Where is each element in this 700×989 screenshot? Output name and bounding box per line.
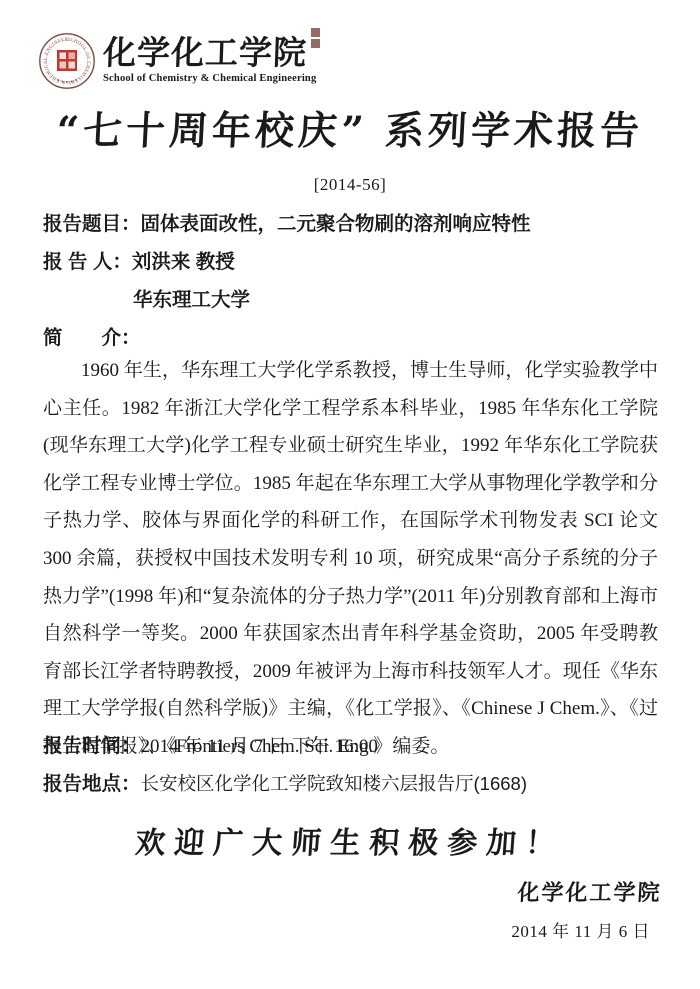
welcome-message: 欢迎广大师生积极参加！ xyxy=(0,818,700,862)
org-name-english: School of Chemistry & Chemical Engineeri… xyxy=(103,73,320,84)
mini-seal-mark xyxy=(311,28,320,48)
announcement-page: SCHOOL OF CHEMISTRY & CHEMICAL ENGINEERI… xyxy=(0,0,700,989)
report-location-value: 长安校区化学化工学院致知楼六层报告厅(1668) xyxy=(141,773,527,794)
report-topic-label: 报告题目： xyxy=(43,210,141,238)
report-location-line: 报告地点：长安校区化学化工学院致知楼六层报告厅(1668) xyxy=(43,765,658,803)
signature-date: 2014 年 11 月 6 日 xyxy=(511,917,662,942)
report-location-label: 报告地点： xyxy=(43,773,141,795)
signature-org: 化学化工学院 xyxy=(511,876,663,907)
report-meta: 报告时间：2014 年 11 月 7 日 下午 16:00 报告地点：长安校区化… xyxy=(43,728,658,803)
intro-label: 简 介： xyxy=(43,324,658,352)
report-fields: 报告题目：固体表面改性，二元聚合物刷的溶剂响应特性 报 告 人：刘洪来 教授 华… xyxy=(43,210,658,352)
speaker-biography: 1960 年生，华东理工大学化学系教授，博士生导师，化学实验教学中心主任。198… xyxy=(43,352,658,766)
org-name-chinese: 化学化工学院 xyxy=(102,34,307,72)
school-seal-icon: SCHOOL OF CHEMISTRY & CHEMICAL ENGINEERI… xyxy=(38,32,96,90)
speaker-label: 报 告 人： xyxy=(43,248,132,276)
signature-block: 化学化工学院 2014 年 11 月 6 日 xyxy=(511,876,662,942)
report-time-label: 报告时间： xyxy=(43,735,141,757)
speaker-line: 报 告 人：刘洪来 教授 xyxy=(43,248,658,276)
org-name-block: 化学化工学院 School of Chemistry & Chemical En… xyxy=(103,32,320,84)
header-logo-row: SCHOOL OF CHEMISTRY & CHEMICAL ENGINEERI… xyxy=(38,32,320,90)
report-topic-value: 固体表面改性，二元聚合物刷的溶剂响应特性 xyxy=(141,213,531,235)
page-title: “七十周年校庆” 系列学术报告 xyxy=(0,100,700,156)
report-time-value: 2014 年 11 月 7 日 下午 16:00 xyxy=(141,736,378,757)
report-topic-line: 报告题目：固体表面改性，二元聚合物刷的溶剂响应特性 xyxy=(43,210,658,238)
issue-number: [2014-56] xyxy=(0,175,700,195)
report-time-line: 报告时间：2014 年 11 月 7 日 下午 16:00 xyxy=(43,728,658,765)
speaker-value: 刘洪来 教授 xyxy=(132,251,235,273)
speaker-affiliation: 华东理工大学 xyxy=(43,286,658,314)
